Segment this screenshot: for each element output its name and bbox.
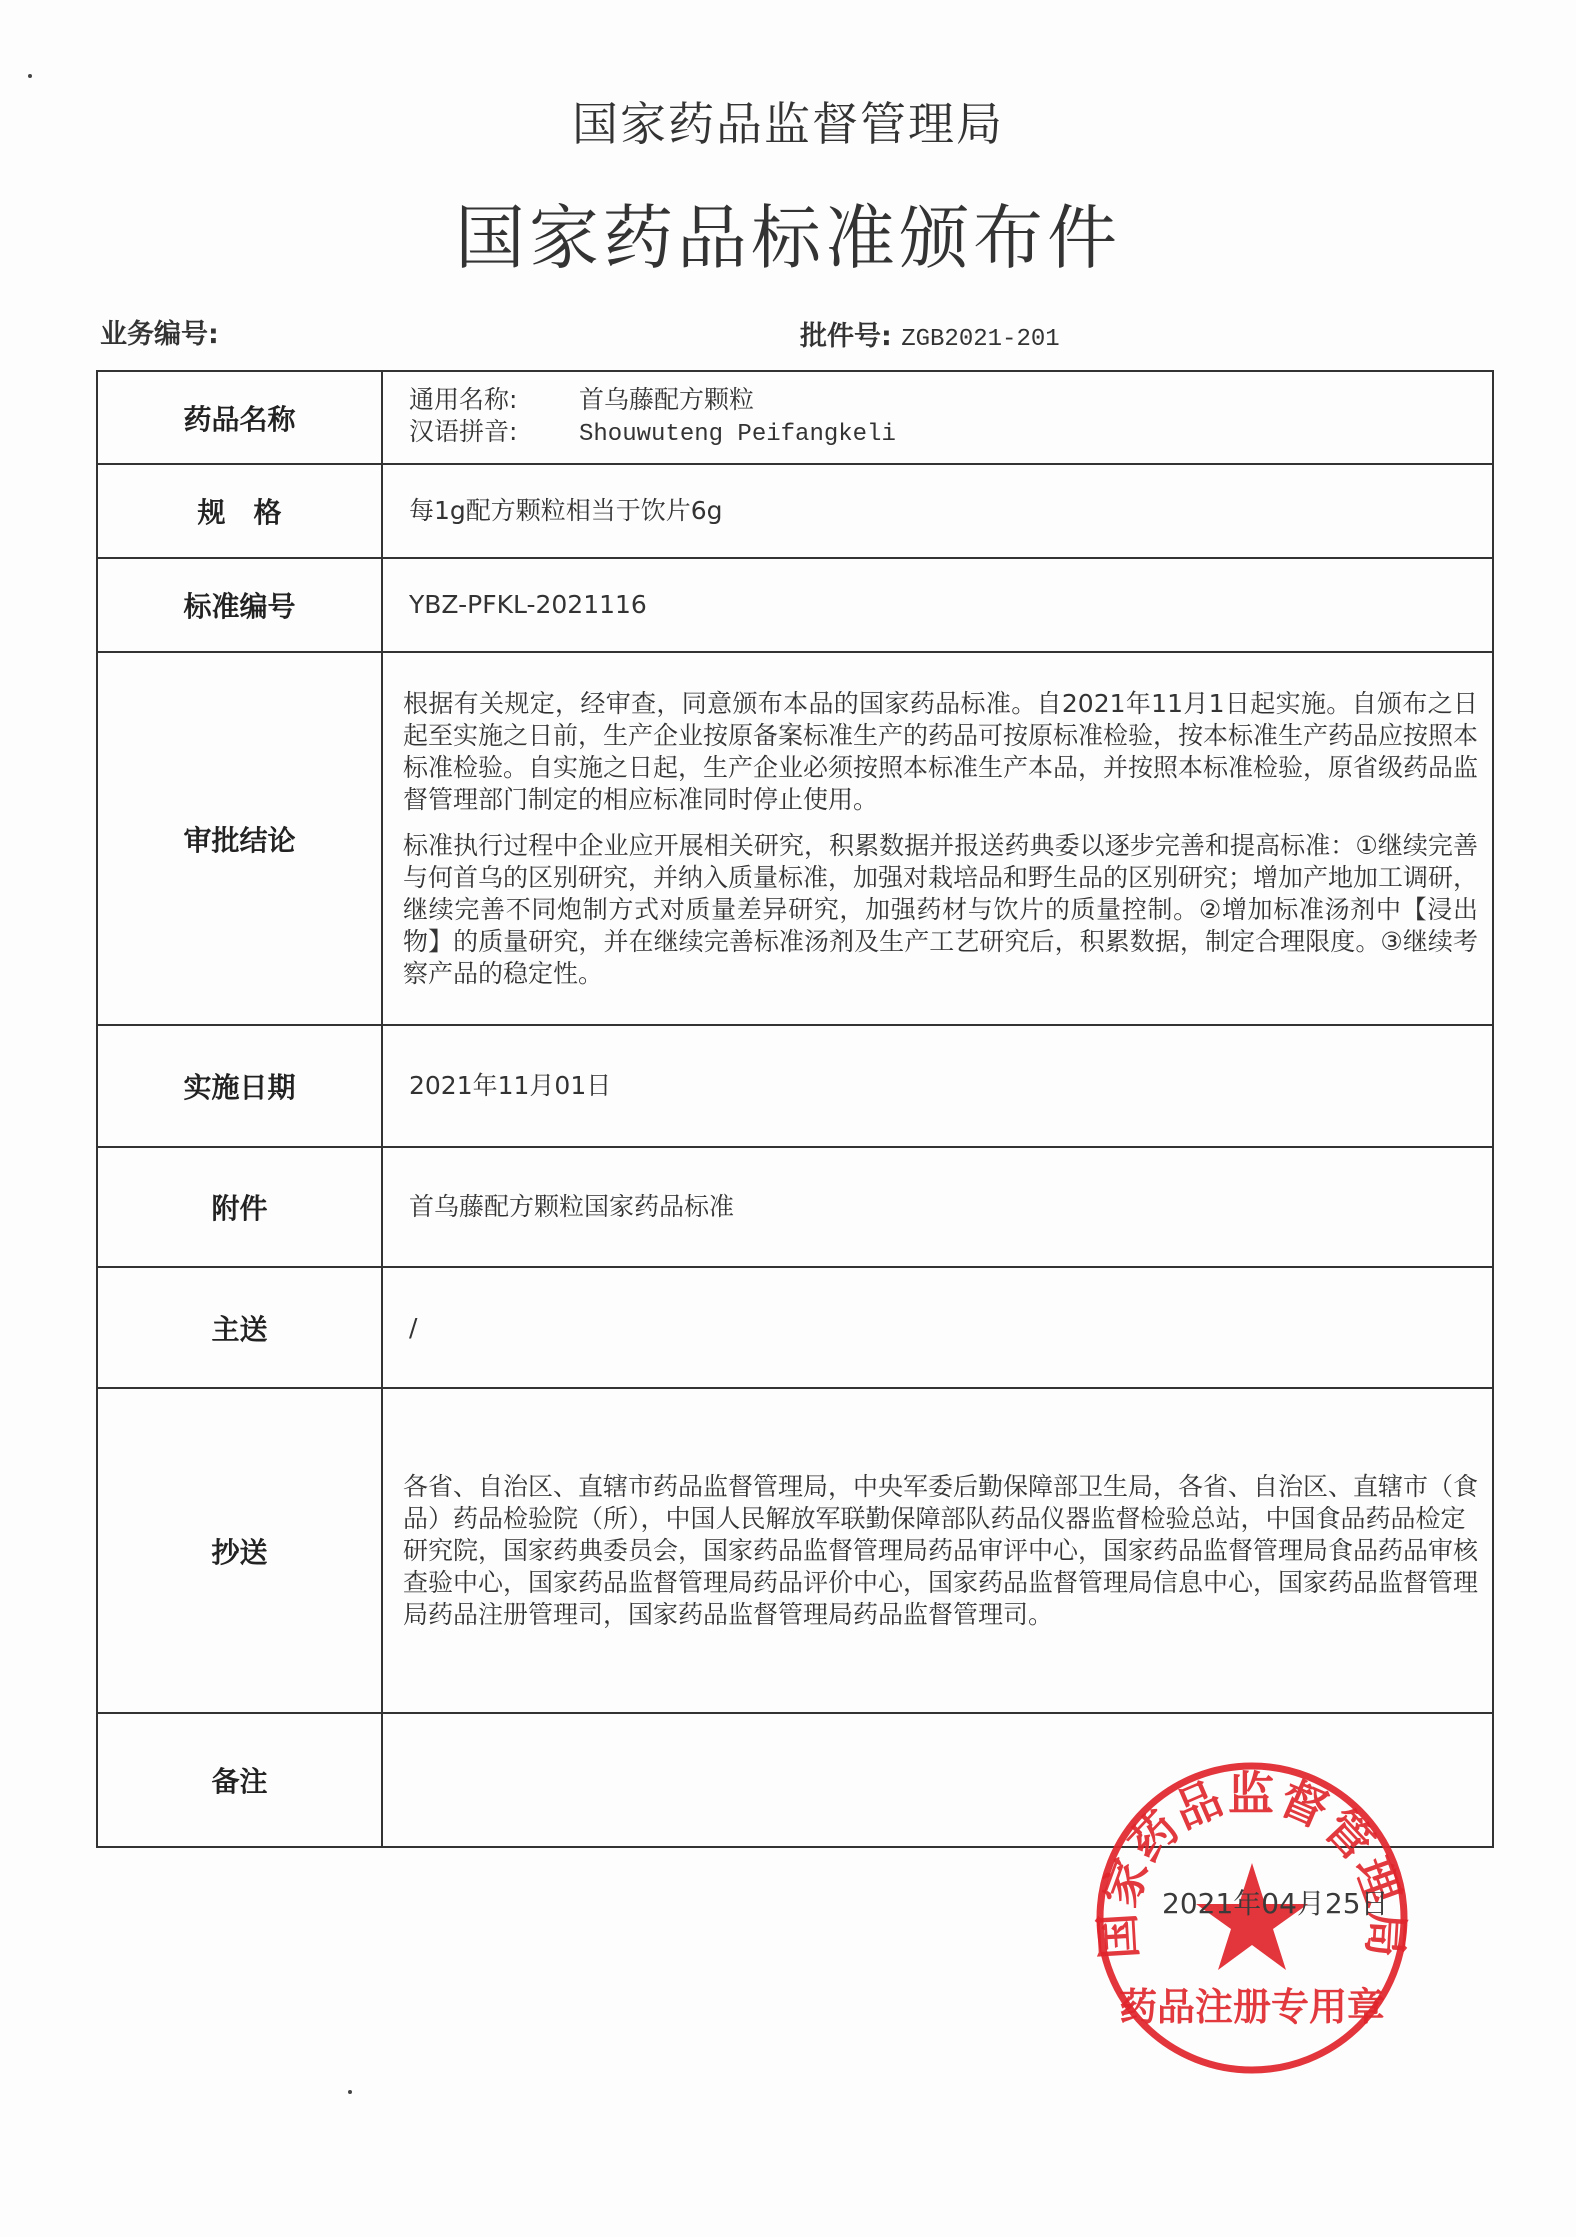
label-effective-date: 实施日期: [97, 1025, 382, 1147]
seal-bottom-text: 药品注册专用章: [1119, 1985, 1385, 2029]
label-drug-name: 药品名称: [97, 371, 382, 464]
label-spec: 规 格: [97, 464, 382, 558]
value-spec: 每1g配方颗粒相当于饮片6g: [382, 464, 1493, 558]
value-drug-name: 通用名称:首乌藤配方颗粒 汉语拼音:Shouwuteng Peifangkeli: [382, 371, 1493, 464]
pinyin-value: Shouwuteng Peifangkeli: [579, 421, 896, 448]
row-drug-name: 药品名称 通用名称:首乌藤配方颗粒 汉语拼音:Shouwuteng Peifan…: [97, 371, 1493, 464]
scan-speck: [28, 74, 32, 78]
conclusion-paragraph-1: 根据有关规定，经审查，同意颁布本品的国家药品标准。自2021年11月1日起实施。…: [403, 688, 1478, 816]
row-cc: 抄送 各省、自治区、直辖市药品监督管理局，中央军委后勤保障部卫生局，各省、自治区…: [97, 1388, 1493, 1713]
label-cc: 抄送: [97, 1388, 382, 1713]
row-attachment: 附件 首乌藤配方颗粒国家药品标准: [97, 1147, 1493, 1267]
value-approval-conclusion: 根据有关规定，经审查，同意颁布本品的国家药品标准。自2021年11月1日起实施。…: [382, 652, 1493, 1025]
value-cc: 各省、自治区、直辖市药品监督管理局，中央军委后勤保障部卫生局，各省、自治区、直辖…: [382, 1388, 1493, 1713]
value-attachment: 首乌藤配方颗粒国家药品标准: [382, 1147, 1493, 1267]
label-standard-number: 标准编号: [97, 558, 382, 652]
value-effective-date: 2021年11月01日: [382, 1025, 1493, 1147]
business-number: 业务编号:: [100, 312, 219, 351]
batch-number-value: ZGB2021-201: [901, 326, 1059, 353]
pinyin-label: 汉语拼音:: [409, 416, 579, 448]
generic-name-value: 首乌藤配方颗粒: [579, 385, 754, 414]
row-main-recipient: 主送 /: [97, 1267, 1493, 1388]
standard-issuance-form: 药品名称 通用名称:首乌藤配方颗粒 汉语拼音:Shouwuteng Peifan…: [96, 370, 1494, 1848]
conclusion-paragraph-2: 标准执行过程中企业应开展相关研究，积累数据并报送药典委以逐步完善和提高标准：①继…: [403, 830, 1478, 990]
row-standard-number: 标准编号 YBZ-PFKL-2021116: [97, 558, 1493, 652]
label-attachment: 附件: [97, 1147, 382, 1267]
batch-number: 批件号: ZGB2021-201: [800, 314, 1060, 353]
batch-number-label: 批件号:: [800, 321, 892, 352]
row-effective-date: 实施日期 2021年11月01日: [97, 1025, 1493, 1147]
issue-date: 2021年04月25日: [1162, 1882, 1389, 1922]
value-standard-number: YBZ-PFKL-2021116: [382, 558, 1493, 652]
business-number-label: 业务编号:: [100, 319, 219, 350]
document-title: 国家药品标准颁布件: [0, 182, 1576, 283]
issuing-organization: 国家药品监督管理局: [0, 88, 1576, 154]
row-approval-conclusion: 审批结论 根据有关规定，经审查，同意颁布本品的国家药品标准。自2021年11月1…: [97, 652, 1493, 1025]
value-main-recipient: /: [382, 1267, 1493, 1388]
label-approval-conclusion: 审批结论: [97, 652, 382, 1025]
label-main-recipient: 主送: [97, 1267, 382, 1388]
row-spec: 规 格 每1g配方颗粒相当于饮片6g: [97, 464, 1493, 558]
generic-name-label: 通用名称:: [409, 384, 579, 416]
label-remarks: 备注: [97, 1713, 382, 1847]
scan-speck: [348, 2090, 352, 2094]
